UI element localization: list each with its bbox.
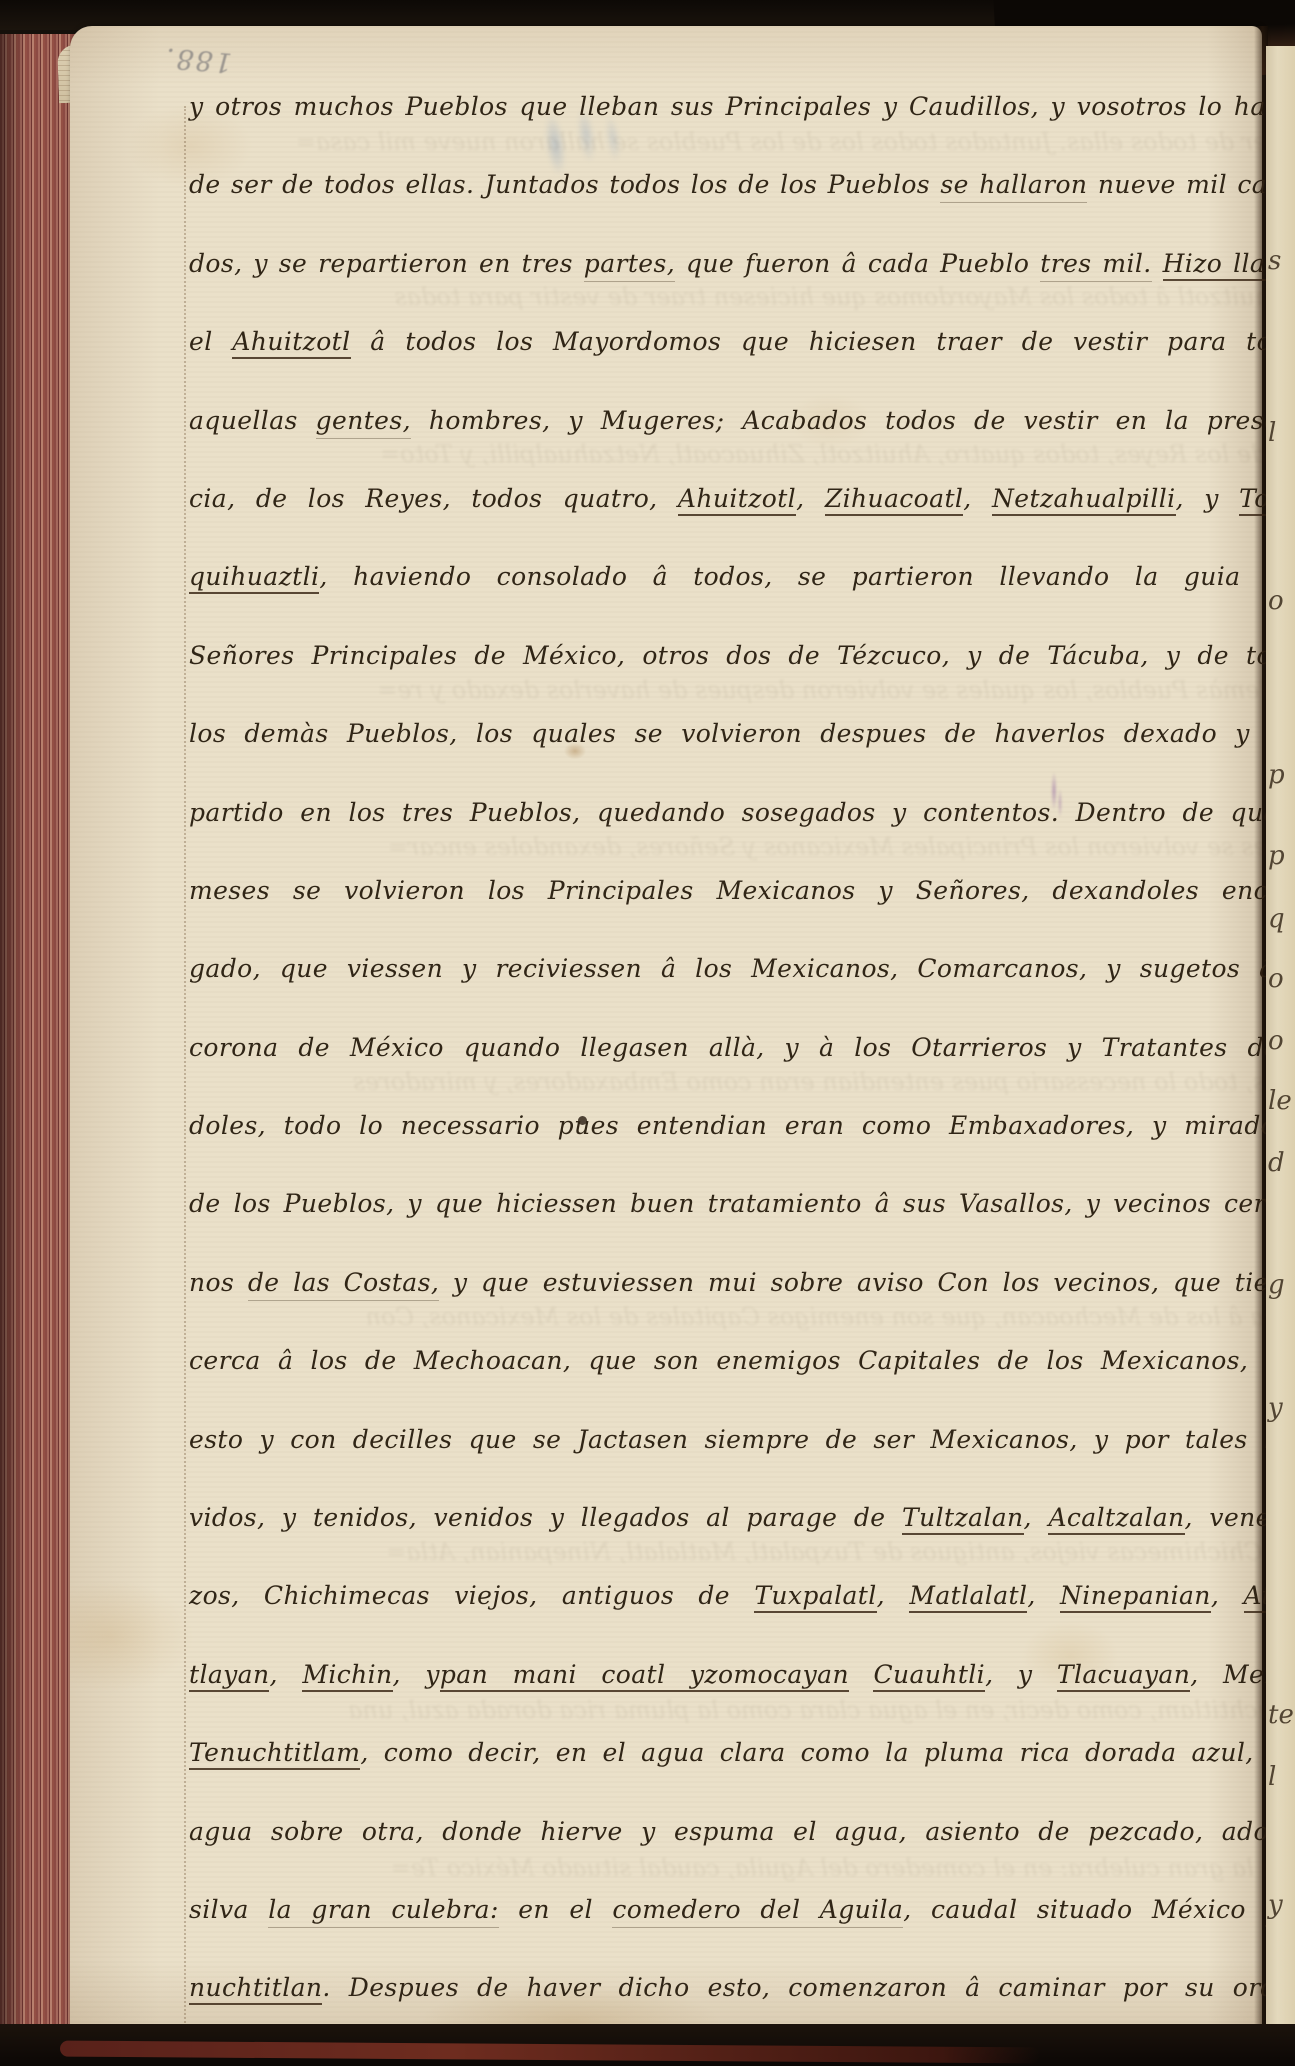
faint-underlined-word: partes, xyxy=(584,249,675,282)
handwritten-text: en el xyxy=(499,1895,613,1924)
underlined-word: nuchtitlan xyxy=(189,1973,322,2005)
underlined-word: Tenuchtitlam xyxy=(189,1738,360,1770)
handwritten-text: , xyxy=(1211,1581,1244,1610)
next-page-text-fragment: l xyxy=(1268,1762,1276,1792)
underlined-word: Ahuitzotl xyxy=(678,484,796,516)
next-page-text-fragment: p xyxy=(1268,841,1285,871)
handwritten-text: de los Pueblos, y que hiciessen buen tra… xyxy=(189,1189,1295,1218)
next-page-text-fragment: te xyxy=(1268,1700,1294,1730)
handwritten-text: los demàs Pueblos, los quales se volvier… xyxy=(189,719,1295,748)
handwritten-text: , xyxy=(796,484,825,513)
underlined-word: quihuaztli xyxy=(189,562,319,594)
underlined-word: Zihuacoatl xyxy=(825,484,963,516)
handwritten-text: el xyxy=(189,327,232,356)
next-page-text-fragment: q xyxy=(1268,904,1285,934)
underlined-word: Matlalatl xyxy=(909,1581,1027,1613)
handwritten-text: . Despues de haver dicho esto, comenzaro… xyxy=(322,1973,1295,2002)
manuscript-page: 188. y otros muchos Pueblos que lleban s… xyxy=(70,26,1262,2040)
manuscript-line: Tenuchtitlam, como decir, en el agua cla… xyxy=(189,1714,1295,1792)
next-page-text-fragment: y xyxy=(1268,1890,1283,1920)
manuscript-line: vidos, y tenidos, venidos y llegados al … xyxy=(189,1479,1295,1557)
underlined-word: Ahuitzotl xyxy=(232,327,350,359)
manuscript-line: esto y con decilles que se Jactasen siem… xyxy=(189,1401,1295,1479)
faint-underlined-word: comedero del Aguila xyxy=(612,1895,903,1928)
handwritten-text: gado, que viessen y reciviessen â los Me… xyxy=(189,954,1295,983)
next-page-sliver: sloppqooledgytely xyxy=(1266,46,1295,2040)
handwritten-text: hombres, y Mugeres; Acabados todos de ve… xyxy=(411,406,1295,435)
next-page-text-fragment: d xyxy=(1268,1148,1285,1178)
handwritten-text: , como decir, en el agua clara como la p… xyxy=(360,1738,1295,1767)
handwritten-text: , xyxy=(1027,1581,1060,1610)
manuscript-line: meses se volvieron los Principales Mexic… xyxy=(189,852,1295,930)
handwritten-text: vidos, y tenidos, venidos y llegados al … xyxy=(189,1503,902,1532)
handwritten-text: , y xyxy=(1176,484,1240,513)
manuscript-photo: { "photo": { "background_color": "#15100… xyxy=(0,0,1295,2066)
underlined-word: Ninepanian xyxy=(1060,1581,1211,1613)
handwritten-text: aquellas xyxy=(189,406,316,435)
manuscript-line: silva la gran culebra: en el comedero de… xyxy=(189,1871,1295,1949)
next-page-text-fragment: o xyxy=(1268,586,1284,616)
handwritten-text: agua sobre otra, donde hierve y espuma e… xyxy=(189,1817,1295,1846)
underlined-word: Tlacuayan xyxy=(1057,1660,1190,1692)
faint-underlined-word: de las Costas, xyxy=(248,1268,439,1301)
handwritten-text: , y xyxy=(985,1660,1057,1689)
handwritten-text-block: y otros muchos Pueblos que lleban sus Pr… xyxy=(189,68,1295,2028)
manuscript-line: agua sobre otra, donde hierve y espuma e… xyxy=(189,1793,1295,1871)
next-page-text-fragment: s xyxy=(1268,246,1281,276)
next-page-text-fragment: l xyxy=(1268,418,1276,448)
manuscript-line: corona de México quando llegasen allà, y… xyxy=(189,1009,1295,1087)
faint-underlined-word: tres mil. xyxy=(1040,249,1151,282)
next-page-text-fragment: le xyxy=(1268,1086,1292,1116)
handwritten-text: , y xyxy=(393,1660,440,1689)
handwritten-text: corona de México quando llegasen allà, y… xyxy=(189,1033,1295,1062)
handwritten-text: y otros muchos Pueblos que lleban sus Pr… xyxy=(189,92,1295,121)
manuscript-line: tlayan, Michin, ypan mani coatl yzomocay… xyxy=(189,1636,1295,1714)
margin-rule-line xyxy=(184,106,186,2026)
handwritten-text: esto y con decilles que se Jactasen siem… xyxy=(189,1425,1295,1454)
faint-underlined-word: la gran culebra: xyxy=(268,1895,499,1928)
manuscript-line: y otros muchos Pueblos que lleban sus Pr… xyxy=(189,68,1295,146)
handwritten-text xyxy=(1152,249,1163,278)
handwritten-text: nos xyxy=(189,1268,248,1297)
faint-underlined-word: gentes, xyxy=(316,406,411,439)
manuscript-line: cerca â los de Mechoacan, que son enemig… xyxy=(189,1322,1295,1400)
underlined-word: pan mani coatl yzomocayan xyxy=(440,1660,849,1692)
next-page-text-fragment: p xyxy=(1268,760,1285,790)
manuscript-line: aquellas gentes, hombres, y Mugeres; Aca… xyxy=(189,382,1295,460)
manuscript-line: doles, todo lo necessario pues entendian… xyxy=(189,1087,1295,1165)
handwritten-text: y que estuviessen mui sobre aviso Con lo… xyxy=(439,1268,1295,1297)
underlined-word: Netzahualpilli xyxy=(992,484,1175,516)
underlined-word: Tuxpalatl xyxy=(754,1581,876,1613)
handwritten-text: , xyxy=(269,1660,302,1689)
underlined-word: Tultzalan xyxy=(902,1503,1024,1535)
handwritten-text: , haviendo consolado â todos, se partier… xyxy=(319,562,1295,591)
next-page-text-fragment: y xyxy=(1268,1393,1283,1423)
handwritten-text: meses se volvieron los Principales Mexic… xyxy=(189,876,1295,905)
handwritten-text: dos, y se repartieron en tres xyxy=(189,249,584,278)
handwritten-text xyxy=(849,1660,873,1689)
next-page-text-fragment: o xyxy=(1268,964,1284,994)
handwritten-text: , xyxy=(1024,1503,1049,1532)
handwritten-text: cia, de los Reyes, todos quatro, xyxy=(189,484,678,513)
handwritten-text: , caudal situado México xyxy=(903,1895,1265,1924)
manuscript-line: nuchtitlan. Despues de haver dicho esto,… xyxy=(189,1949,1295,2027)
manuscript-line: quihuaztli, haviendo consolado â todos, … xyxy=(189,538,1295,616)
next-page-text-fragment: g xyxy=(1268,1270,1285,1300)
manuscript-line: Señores Principales de México, otros dos… xyxy=(189,617,1295,695)
underlined-word: Cuauhtli xyxy=(873,1660,985,1692)
manuscript-line: de ser de todos ellas. Juntados todos lo… xyxy=(189,146,1295,224)
manuscript-line: partido en los tres Pueblos, quedando so… xyxy=(189,774,1295,852)
handwritten-text: zos, Chichimecas viejos, antiguos de xyxy=(189,1581,754,1610)
manuscript-line: los demàs Pueblos, los quales se volvier… xyxy=(189,695,1295,773)
manuscript-line: de los Pueblos, y que hiciessen buen tra… xyxy=(189,1165,1295,1243)
handwritten-text: de ser de todos ellas. Juntados todos lo… xyxy=(189,170,940,199)
handwritten-text: partido en los tres Pueblos, quedando so… xyxy=(189,798,1295,827)
handwritten-text: , xyxy=(963,484,992,513)
manuscript-line: el Ahuitzotl â todos los Mayordomos que … xyxy=(189,303,1295,381)
underlined-word: tlayan xyxy=(189,1660,269,1692)
handwritten-text: que fueron â cada Pueblo xyxy=(675,249,1040,278)
manuscript-line: cia, de los Reyes, todos quatro, Ahuitzo… xyxy=(189,460,1295,538)
faint-underlined-word: se hallaron xyxy=(940,170,1087,203)
underlined-word: Acaltzalan xyxy=(1048,1503,1184,1535)
handwritten-text: cerca â los de Mechoacan, que son enemig… xyxy=(189,1346,1295,1375)
handwritten-text: , xyxy=(877,1581,910,1610)
manuscript-line: zos, Chichimecas viejos, antiguos de Tux… xyxy=(189,1557,1295,1635)
underlined-word: Michin xyxy=(302,1660,392,1692)
next-page-text-fragment: o xyxy=(1268,1026,1284,1056)
handwritten-text: â todos los Mayordomos que hiciesen trae… xyxy=(351,327,1295,356)
handwritten-text: doles, todo lo necessario pues entendian… xyxy=(189,1111,1295,1140)
handwritten-text: Señores Principales de México, otros dos… xyxy=(189,641,1295,670)
manuscript-line: nos de las Costas, y que estuviessen mui… xyxy=(189,1244,1295,1322)
handwritten-text: silva xyxy=(189,1895,268,1924)
manuscript-line: dos, y se repartieron en tres partes, qu… xyxy=(189,225,1295,303)
manuscript-line: gado, que viessen y reciviessen â los Me… xyxy=(189,930,1295,1008)
